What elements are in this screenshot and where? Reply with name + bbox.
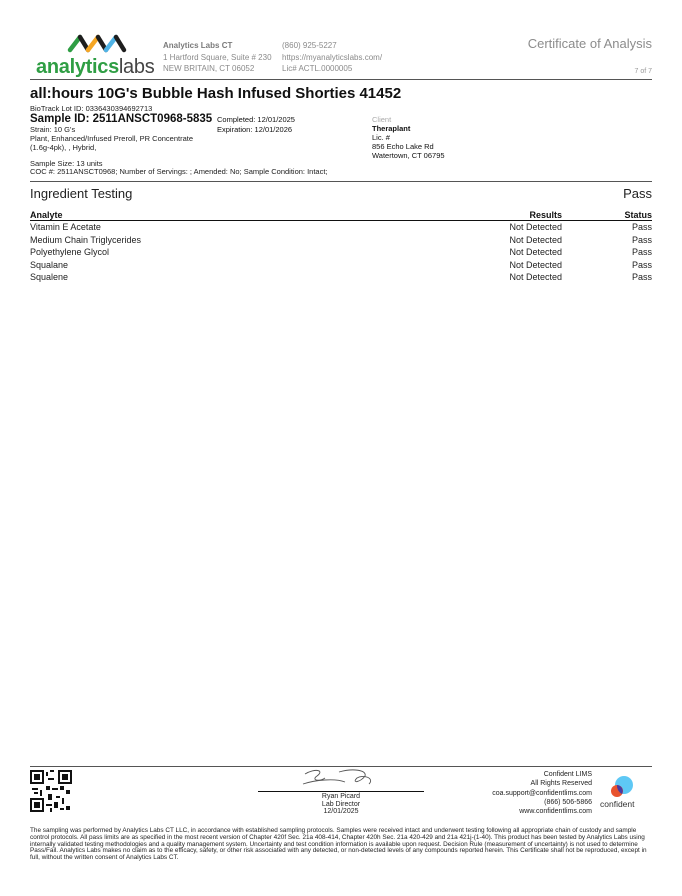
analyte-cell: Squalene [30, 271, 442, 284]
lims-info: Confident LIMS All Rights Reserved coa.s… [492, 770, 592, 816]
result-cell: Not Detected [442, 221, 562, 234]
status-cell: Pass [562, 221, 652, 234]
sample-id: Sample ID: 2511ANSCT0968-5835 [30, 113, 212, 125]
result-cell: Not Detected [442, 271, 562, 284]
signer-block: Ryan Picard Lab Director 12/01/2025 [258, 793, 424, 816]
section-title: Ingredient Testing [30, 186, 132, 201]
product-divider [30, 181, 652, 182]
table-header-row: Analyte Results Status [30, 209, 652, 221]
qr-code-icon[interactable] [30, 770, 72, 812]
status-cell: Pass [562, 259, 652, 272]
lims-name: Confident LIMS [492, 770, 592, 779]
lab-license: Lic# ACTL.0000005 [282, 63, 382, 75]
lab-website[interactable]: https://myanalyticslabs.com/ [282, 52, 382, 64]
strain: Strain: 10 G's [30, 125, 193, 134]
status-cell: Pass [562, 234, 652, 247]
lab-contact: (860) 925-5227 https://myanalyticslabs.c… [282, 40, 382, 75]
logo-wordmark: analyticslabs [36, 56, 154, 79]
header-divider [30, 79, 652, 80]
lab-address-1: 1 Hartford Square, Suite # 230 [163, 52, 272, 64]
status-cell: Pass [562, 246, 652, 259]
table-row: Squalane Not Detected Pass [30, 259, 652, 272]
confident-logo-icon [600, 775, 645, 799]
table-row: Polyethylene Glycol Not Detected Pass [30, 246, 652, 259]
disclaimer-text: The sampling was performed by Analytics … [30, 828, 652, 862]
page-number: 7 of 7 [634, 68, 652, 75]
signer-name: Ryan Picard [258, 793, 424, 801]
column-results: Results [442, 209, 562, 221]
lims-website[interactable]: www.confidentlims.com [492, 807, 592, 816]
product-category-2: (1.6g-4pk), , Hybrid, [30, 143, 193, 152]
analyte-cell: Polyethylene Glycol [30, 246, 442, 259]
completed-date: Completed: 12/01/2025 [217, 115, 295, 125]
analyticslabs-logo-icon [36, 32, 154, 58]
analyticslabs-logo: analyticslabs [36, 32, 154, 80]
analyte-cell: Medium Chain Triglycerides [30, 234, 442, 247]
client-label: Client [372, 115, 445, 124]
table-row: Squalene Not Detected Pass [30, 271, 652, 284]
coc-info: COC #: 2511ANSCT0968; Number of Servings… [30, 167, 328, 176]
confident-wordmark: confident [600, 799, 635, 809]
lims-rights: All Rights Reserved [492, 779, 592, 788]
lab-name: Analytics Labs CT [163, 40, 272, 52]
lab-phone: (860) 925-5227 [282, 40, 382, 52]
product-title: all:hours 10G's Bubble Hash Infused Shor… [30, 85, 401, 102]
client-name: Theraplant [372, 124, 445, 133]
strain-info: Strain: 10 G's Plant, Enhanced/Infused P… [30, 125, 193, 152]
lab-address-2: NEW BRITAIN, CT 06052 [163, 63, 272, 75]
signature-line [258, 791, 424, 792]
product-category: Plant, Enhanced/Infused Preroll, PR Conc… [30, 134, 193, 143]
table-row: Medium Chain Triglycerides Not Detected … [30, 234, 652, 247]
client-block: Client Theraplant Lic. # 856 Echo Lake R… [372, 115, 445, 160]
lab-info: Analytics Labs CT 1 Hartford Square, Sui… [163, 40, 272, 75]
sample-dates: Completed: 12/01/2025 Expiration: 12/01/… [217, 115, 295, 134]
signature-image [295, 766, 385, 792]
column-analyte: Analyte [30, 209, 442, 221]
biotrack-lot-id: BioTrack Lot ID: 0336430394692713 [30, 104, 152, 113]
table-row: Vitamin E Acetate Not Detected Pass [30, 221, 652, 234]
analyte-cell: Squalane [30, 259, 442, 272]
document-title: Certificate of Analysis [528, 36, 652, 51]
section-status: Pass [623, 186, 652, 201]
ingredient-testing-table: Analyte Results Status Vitamin E Acetate… [30, 209, 652, 284]
signer-date: 12/01/2025 [258, 808, 424, 816]
analyte-cell: Vitamin E Acetate [30, 221, 442, 234]
confident-logo: confident [600, 775, 645, 811]
lims-email[interactable]: coa.support@confidentlims.com [492, 789, 592, 798]
result-cell: Not Detected [442, 246, 562, 259]
signer-title: Lab Director [258, 801, 424, 809]
column-status: Status [562, 209, 652, 221]
lims-phone: (866) 506-5866 [492, 798, 592, 807]
client-license: Lic. # [372, 133, 445, 142]
result-cell: Not Detected [442, 234, 562, 247]
client-address-1: 856 Echo Lake Rd [372, 142, 445, 151]
expiration-date: Expiration: 12/01/2026 [217, 125, 295, 135]
client-address-2: Watertown, CT 06795 [372, 151, 445, 160]
status-cell: Pass [562, 271, 652, 284]
result-cell: Not Detected [442, 259, 562, 272]
